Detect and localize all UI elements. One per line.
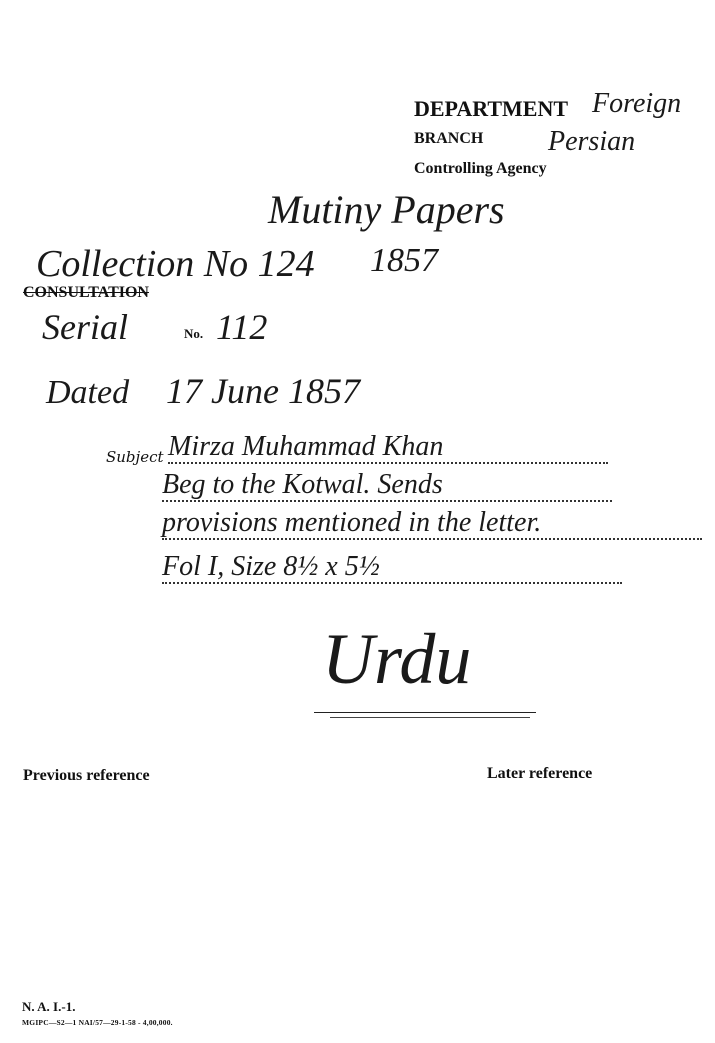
serial-no-label: No. xyxy=(184,326,203,342)
department-value: Foreign xyxy=(592,88,681,120)
collection-year: 1857 xyxy=(370,242,438,280)
collection-number: Collection No 124 xyxy=(36,242,315,286)
branch-value: Persian xyxy=(548,126,635,158)
subject-line-1: Mirza Muhammad Khan xyxy=(168,432,608,464)
language-underline xyxy=(314,712,536,713)
previous-reference-label: Previous reference xyxy=(23,767,150,785)
department-label: DEPARTMENT xyxy=(414,96,568,122)
dated-value: 17 June 1857 xyxy=(166,370,360,412)
branch-label: BRANCH xyxy=(414,130,483,148)
subject-line-3: provisions mentioned in the letter. xyxy=(162,508,702,540)
dated-label: Dated xyxy=(46,374,129,412)
language-handwritten: Urdu xyxy=(322,618,471,701)
serial-value: 112 xyxy=(216,306,267,348)
subject-line-4: Fol I, Size 8½ x 5½ xyxy=(162,552,622,584)
form-code: N. A. I.-1. xyxy=(22,999,75,1015)
controlling-agency-label: Controlling Agency xyxy=(414,160,547,178)
title-handwritten: Mutiny Papers xyxy=(268,186,505,233)
subject-line-2: Beg to the Kotwal. Sends xyxy=(162,470,612,502)
serial-handwritten-label: Serial xyxy=(42,306,128,348)
consultation-label-struck: CONSULTATION xyxy=(23,284,149,302)
subject-label: Subject xyxy=(106,448,164,466)
print-line: MGIPC—S2—1 NAI/57—29-1-58 - 4,00,000. xyxy=(22,1018,173,1027)
language-underline-2 xyxy=(330,717,530,718)
later-reference-label: Later reference xyxy=(487,765,592,783)
